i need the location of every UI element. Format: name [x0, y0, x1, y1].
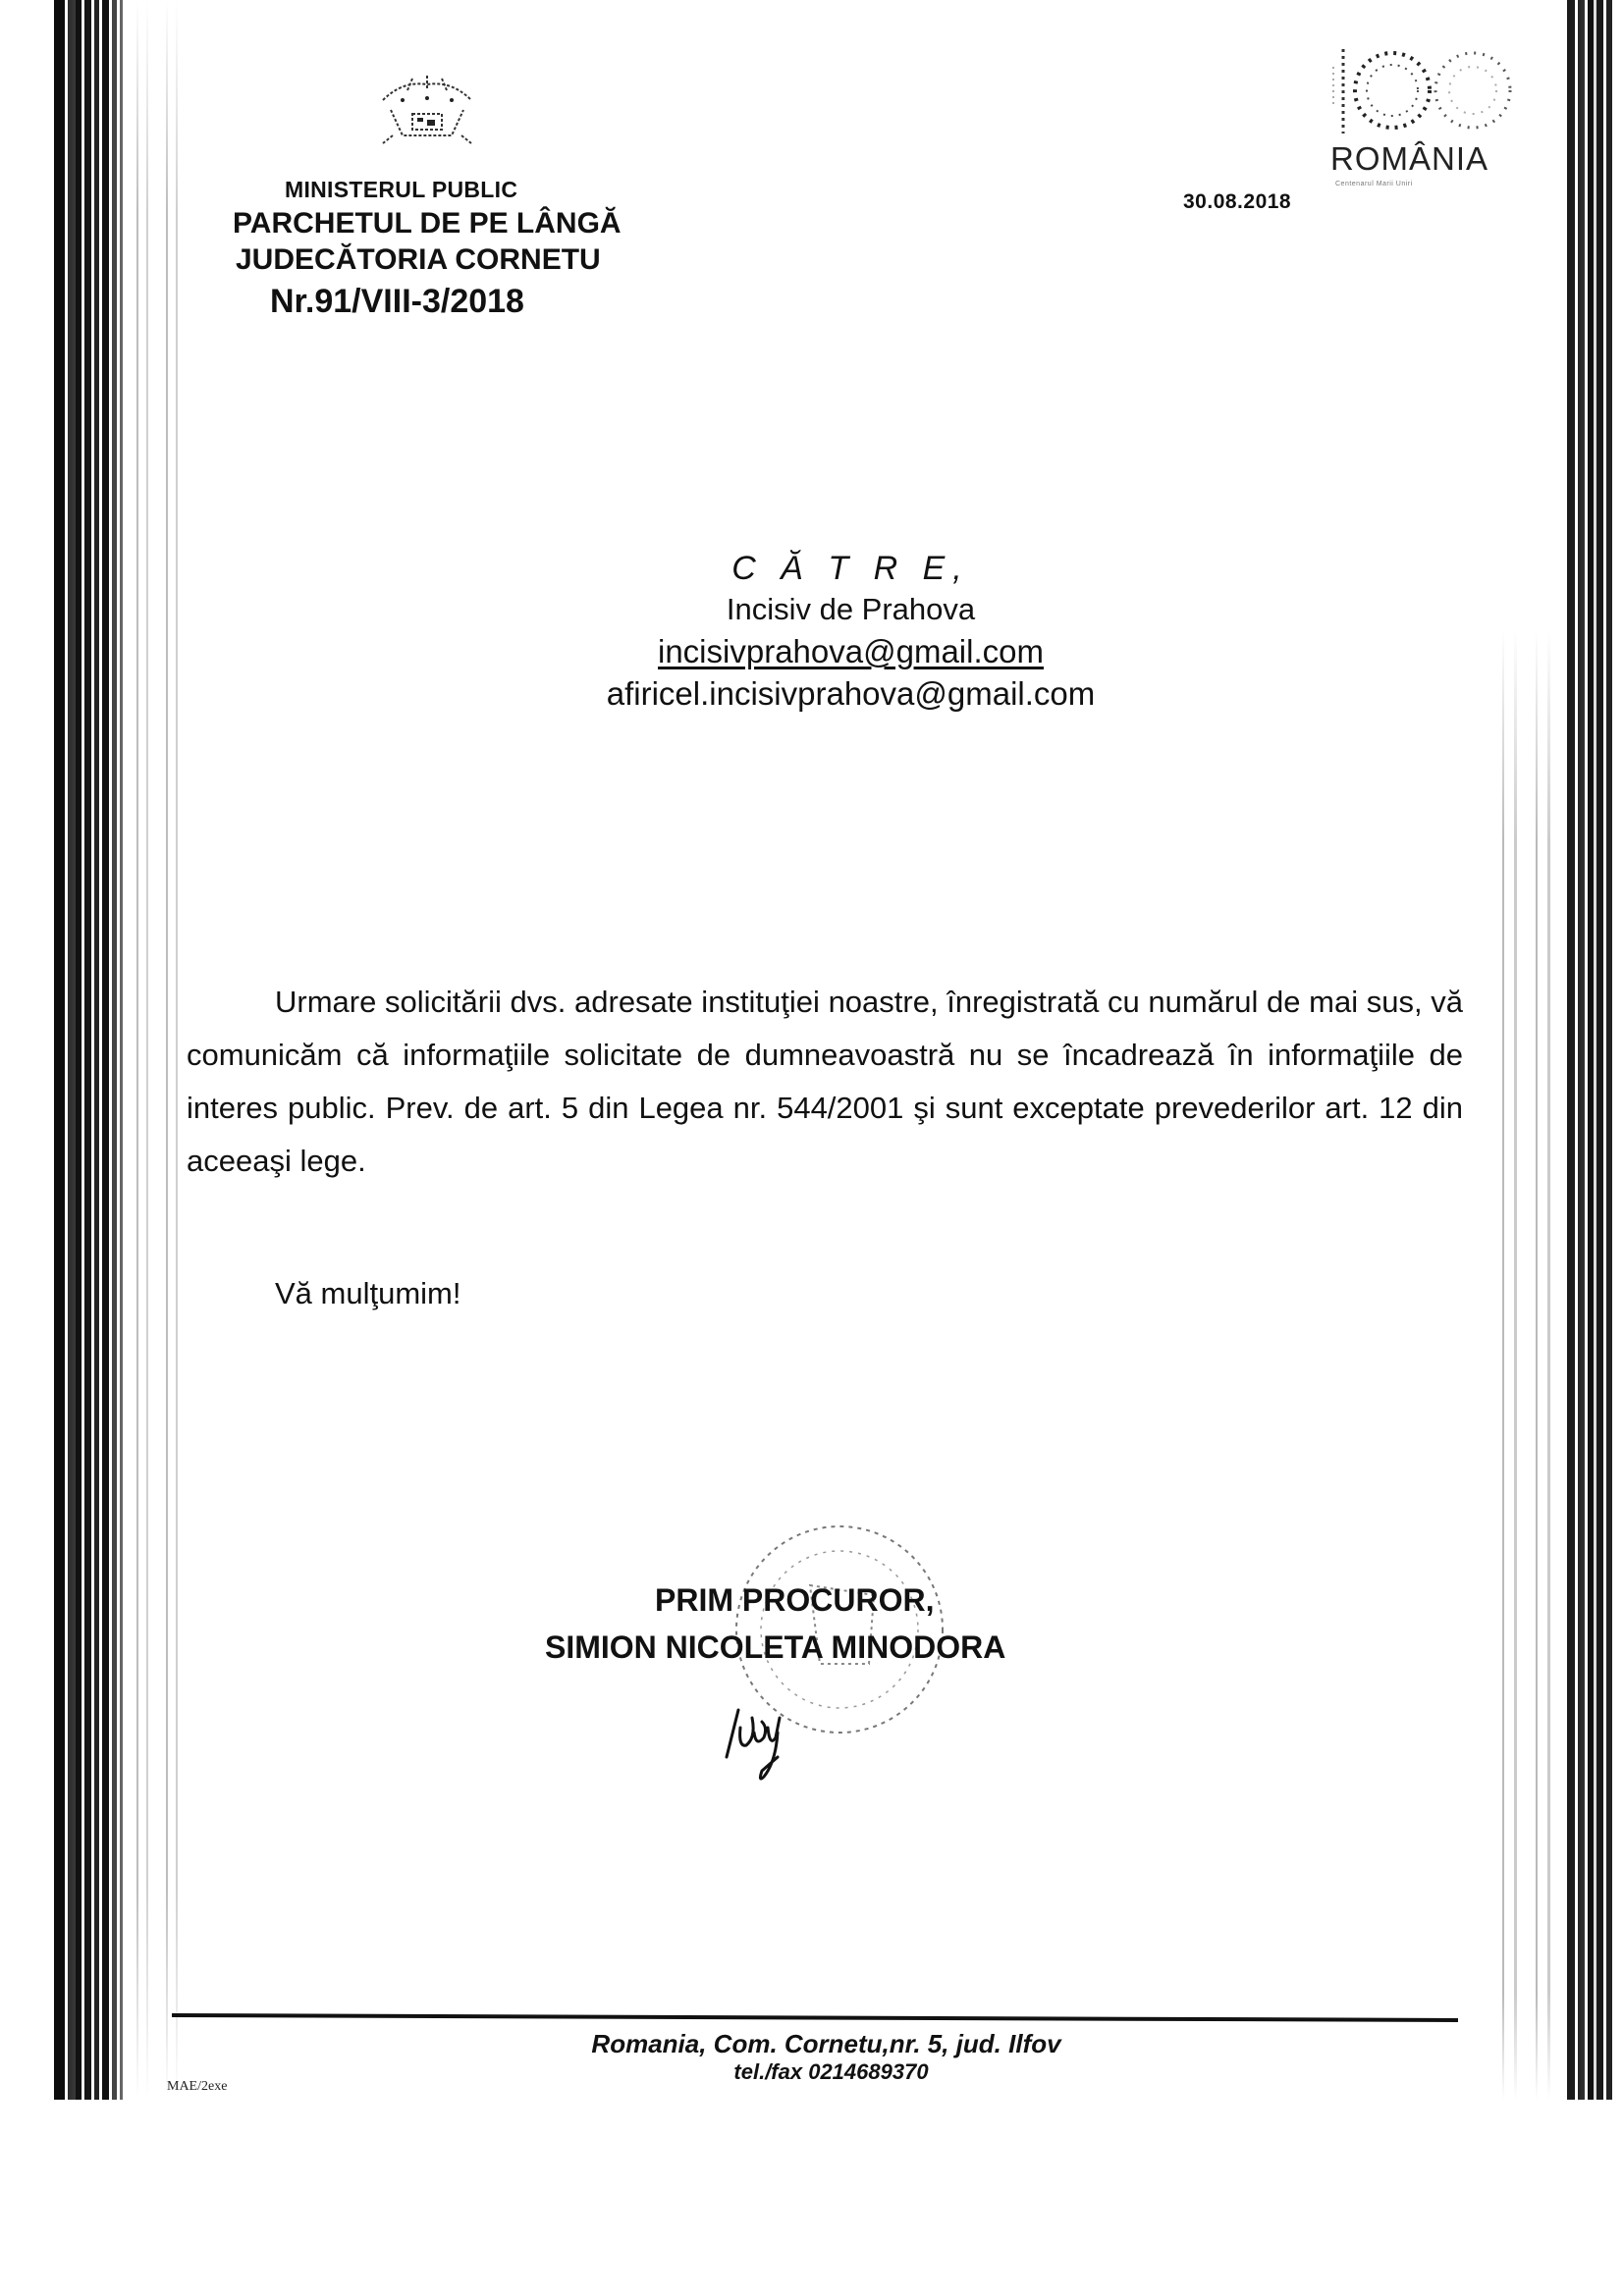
letter-body: Urmare solicitării dvs. adresate institu…: [187, 976, 1463, 1188]
ministry-name: MINISTERUL PUBLIC: [285, 177, 1168, 203]
romania-logo-tagline: Centenarul Marii Uniri: [1335, 181, 1413, 187]
footer-phone: tel./fax 0214689370: [0, 2059, 1623, 2085]
footer-address: Romania, Com. Cornetu,nr. 5, jud. Ilfov: [0, 2029, 1623, 2059]
recipient-name: Incisiv de Prahova: [0, 592, 1623, 627]
signatory-name: SIMION NICOLETA MINODORA: [545, 1629, 1005, 1666]
closing-thanks: Vă mulţumim!: [275, 1276, 460, 1311]
footer-document-code: MAE/2exe: [167, 2079, 227, 2095]
scan-edge-right-fade: [1492, 0, 1567, 2100]
handwritten-signature-icon: [717, 1688, 805, 1787]
recipient-email-secondary[interactable]: afiricel.incisivprahova@gmail.com: [0, 675, 1623, 713]
body-paragraph: Urmare solicitării dvs. adresate institu…: [187, 976, 1463, 1188]
scan-edge-right: [1567, 0, 1612, 2100]
romania-100-logo-icon: [1325, 47, 1522, 135]
registration-number: Nr.91/VIII-3/2018: [270, 283, 1154, 321]
coat-of-arms-icon: [373, 71, 481, 149]
office-name-line1: PARCHETUL DE PE LÂNGĂ: [233, 207, 1116, 240]
recipient-salutation: C Ă T R E,: [0, 550, 1623, 588]
recipient-email-primary[interactable]: incisivprahova@gmail.com: [658, 633, 1044, 669]
document-date: 30.08.2018: [1183, 190, 1291, 214]
signatory-title: PRIM PROCUROR,: [655, 1582, 934, 1619]
scan-edge-left-fade: [131, 0, 185, 2100]
romania-logo-word: ROMÂNIA: [1330, 140, 1488, 178]
footer-divider: [172, 2009, 1458, 2019]
scan-edge-left: [54, 0, 131, 2100]
office-name-line2: JUDECĂTORIA CORNETU: [236, 243, 1119, 277]
recipient-email-primary-row: incisivprahova@gmail.com: [0, 633, 1623, 670]
